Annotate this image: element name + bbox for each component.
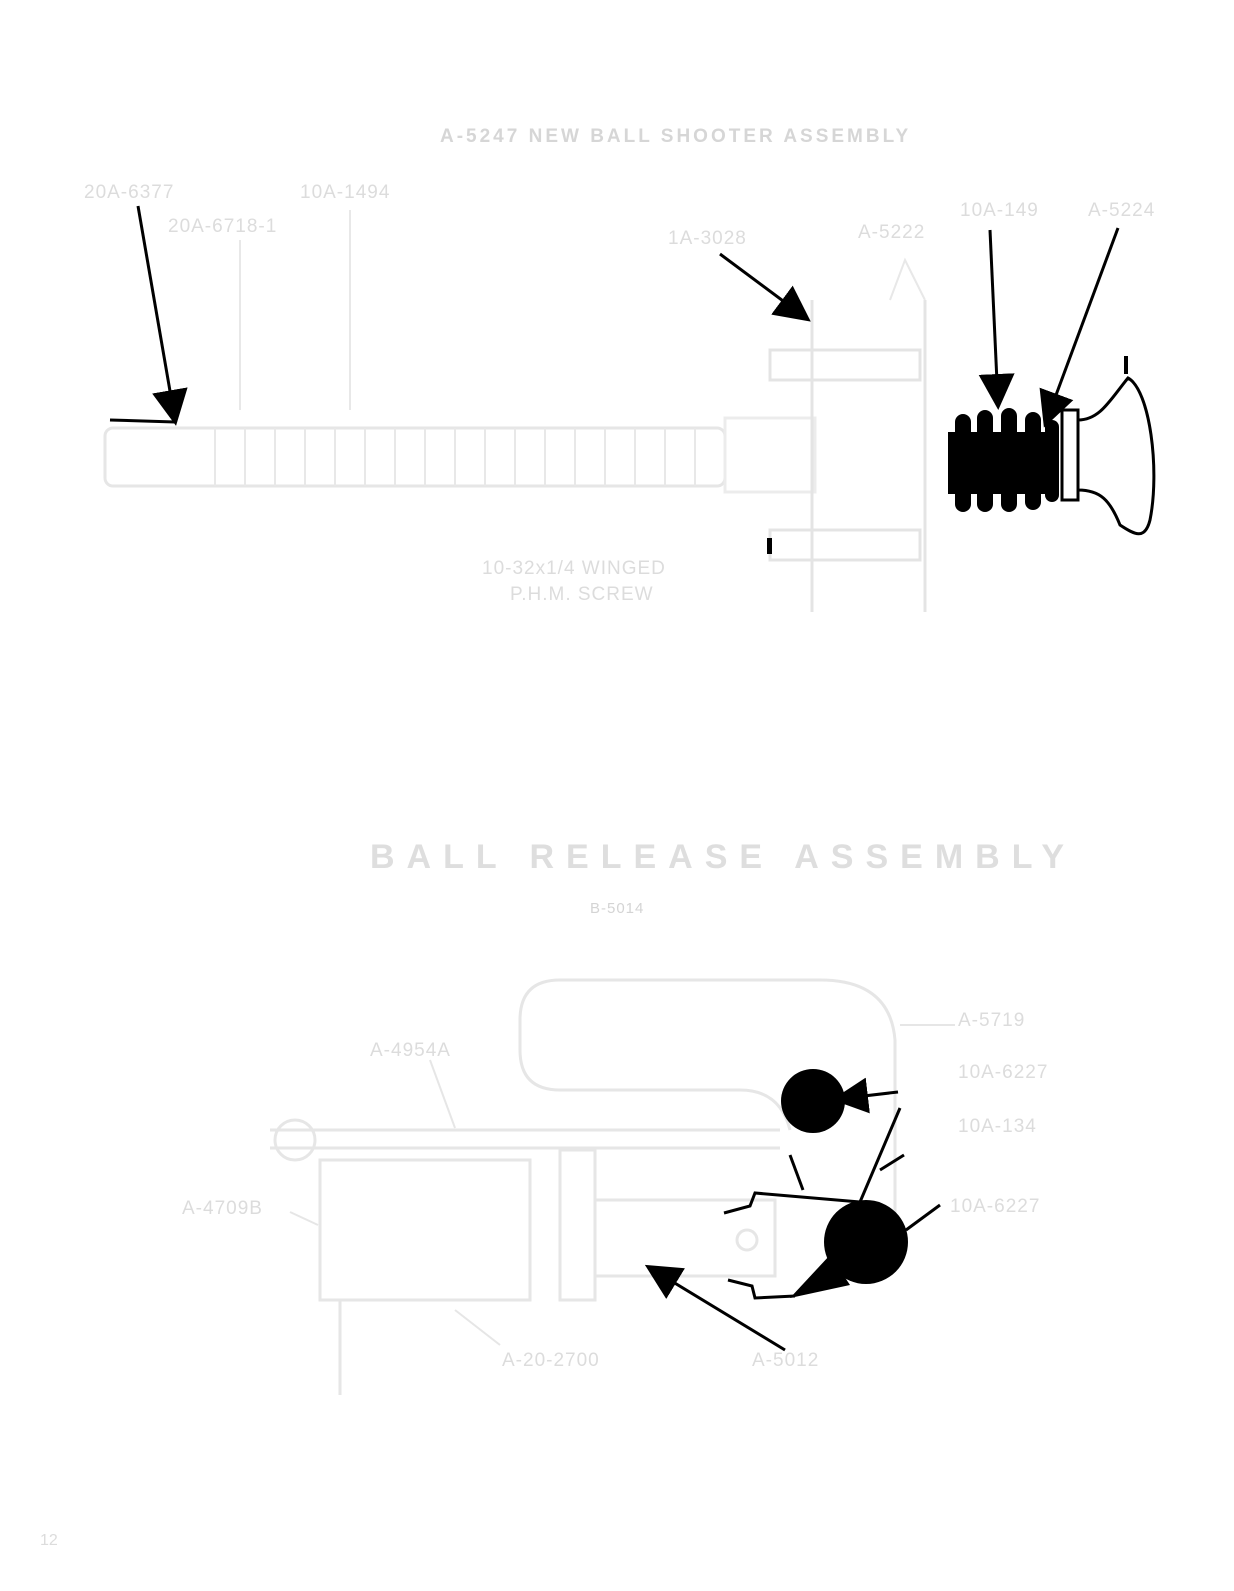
shooter-rod — [105, 418, 815, 492]
black-spring — [948, 408, 1059, 512]
mounting-bracket — [770, 300, 925, 612]
ball-upper — [781, 1069, 845, 1133]
faint-leaders-lower — [290, 1025, 955, 1345]
leader-lines-upper — [110, 206, 1118, 422]
assembly-drawings — [0, 0, 1234, 1591]
screw-head-mark — [767, 538, 772, 554]
cam-pawl — [790, 1200, 908, 1298]
knob-tip — [1124, 356, 1128, 374]
shooter-knob — [1062, 378, 1154, 534]
